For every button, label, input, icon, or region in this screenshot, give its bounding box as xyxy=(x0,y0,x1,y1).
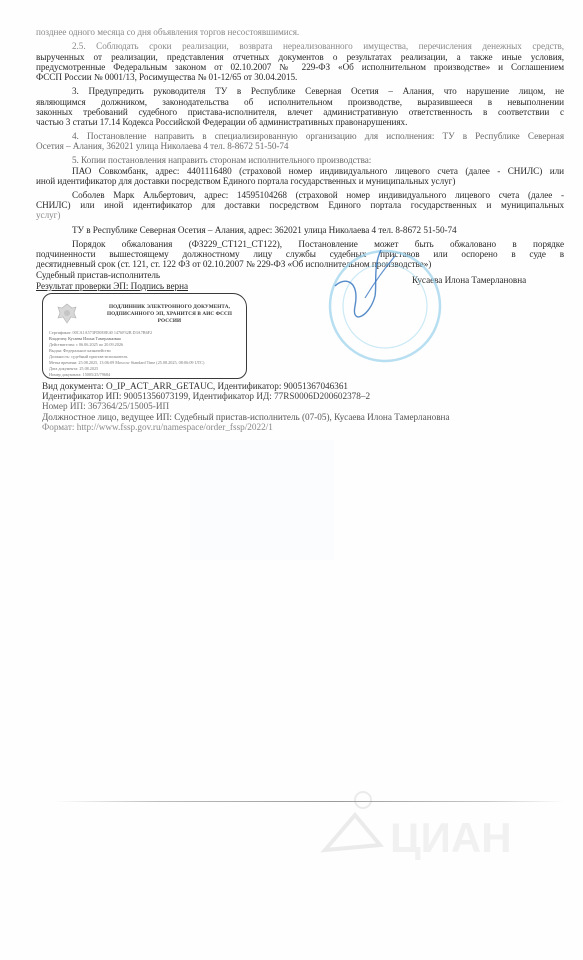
text-line: ФССП России № 0001/13, Росимущества № 01… xyxy=(36,72,297,83)
watermark-logo-icon: ЦИАН xyxy=(285,790,535,860)
stamp-header: ПОДЛИННИК ЭЛЕКТРОННОГО ДОКУМЕНТА, ПОДПИС… xyxy=(97,304,242,325)
text-line: услуг) xyxy=(36,210,60,221)
text-line: иной идентификатор для доставки посредст… xyxy=(36,176,455,187)
text-line: СНИЛС) или иной идентификатор для достав… xyxy=(36,200,564,211)
text-fragment: 2.5. Соблюдать сроки реализации, возврат… xyxy=(72,41,564,51)
text-line: ТУ в Республике Северная Осетия – Алания… xyxy=(72,225,457,236)
coat-of-arms-icon xyxy=(53,300,81,328)
text-line: 5. Копии постановления направить сторона… xyxy=(72,155,371,166)
text-line: позднее одного месяца со дня объявления … xyxy=(36,27,299,38)
footer-official: Должностное лицо, ведущее ИП: Судебный п… xyxy=(42,412,450,422)
ep-check-result: Результат проверки ЭП: Подпись верна xyxy=(36,281,188,292)
electronic-signature-stamp: ПОДЛИННИК ЭЛЕКТРОННОГО ДОКУМЕНТА, ПОДПИС… xyxy=(42,293,247,379)
svg-text:ЦИАН: ЦИАН xyxy=(390,814,512,860)
scan-artifact xyxy=(190,440,334,560)
stamp-header-line: ПОДЛИННИК ЭЛЕКТРОННОГО ДОКУМЕНТА, xyxy=(97,304,242,311)
stamp-details: Сертификат: 00CA1A573FD0E0E40 1476F32B D… xyxy=(49,330,204,378)
text-line: частью 3 статьи 17.14 Кодекса Российской… xyxy=(36,117,407,128)
stamp-header-line: ПОДПИСАННОГО ЭП, ХРАНИТСЯ В АИС ФССП РОС… xyxy=(97,311,242,325)
footer-ip-ids: Идентификатор ИП: 90051356073199, Иденти… xyxy=(42,391,370,401)
text-line: 3. Предупредить руководителя ТУ в Респуб… xyxy=(36,86,564,97)
footer-format: Формат: http://www.fssp.gov.ru/namespace… xyxy=(42,422,273,432)
stamp-row: Номер документа: 15005/25/79684 xyxy=(49,372,204,378)
document-page: позднее одного месяца со дня объявления … xyxy=(0,0,583,960)
footer-doc-type: Вид документа: O_IP_ACT_ARR_GETAUC, Иден… xyxy=(42,381,348,391)
signer-title: Судебный пристав-исполнитель xyxy=(36,270,160,281)
seal-stamp-icon xyxy=(315,236,445,366)
footer-ip-number: Номер ИП: 367364/25/15005-ИП xyxy=(42,401,169,411)
text-line: Осетия – Алания, 362021 улица Николаева … xyxy=(36,141,288,152)
text-line: 2.5. Соблюдать сроки реализации, возврат… xyxy=(36,41,564,52)
